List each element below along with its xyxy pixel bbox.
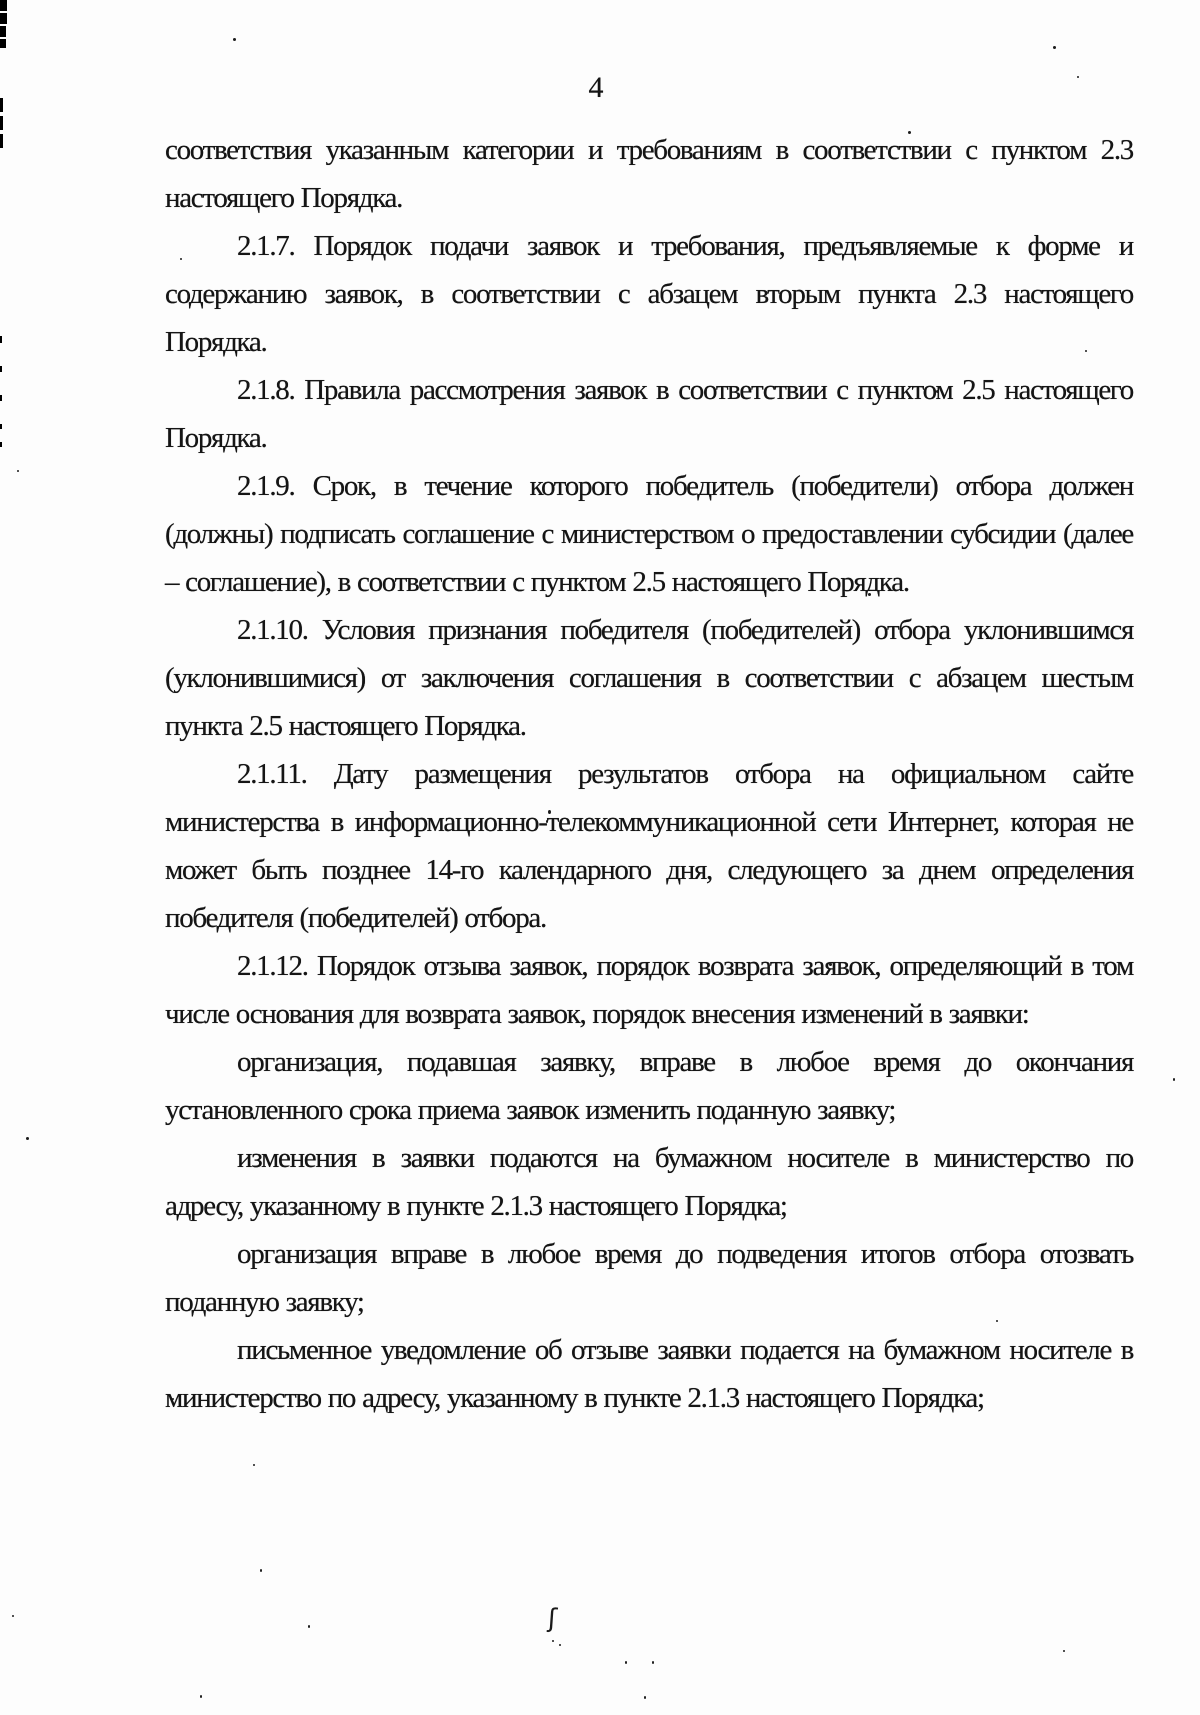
- scan-speck: [1085, 350, 1087, 352]
- page-number: 4: [0, 64, 1192, 112]
- scan-edge-mark: [0, 442, 2, 447]
- scan-speck: [308, 1625, 310, 1628]
- scan-speck: [233, 38, 236, 41]
- paragraph: письменное уведомление об отзыве заявки …: [165, 1326, 1133, 1422]
- paragraph: 2.1.8. Правила рассмотрения заявок в соо…: [165, 366, 1133, 462]
- scan-speck: [936, 390, 939, 393]
- scan-edge-mark: [0, 336, 2, 343]
- scan-edge-mark: [0, 395, 2, 401]
- scan-speck: [559, 1644, 561, 1646]
- scan-edge-mark: [0, 39, 6, 48]
- scan-speck: [26, 1137, 29, 1140]
- scan-speck: [1077, 76, 1079, 78]
- scan-speck: [17, 470, 19, 472]
- scan-speck: [253, 1464, 255, 1466]
- paragraph: 2.1.7. Порядок подачи заявок и требовани…: [165, 222, 1133, 366]
- scan-speck: [12, 1615, 14, 1617]
- paragraph: организация вправе в любое время до подв…: [165, 1230, 1133, 1326]
- paragraph: 2.1.10. Условия признания победителя (по…: [165, 606, 1133, 750]
- scan-speck: [625, 1661, 627, 1664]
- paragraph: соответствия указанным категории и требо…: [165, 126, 1133, 222]
- paragraph: 2.1.9. Срок, в течение которого победите…: [165, 462, 1133, 606]
- scan-speck: [180, 258, 182, 260]
- scan-edge-mark: [0, 98, 3, 112]
- scan-speck: [548, 810, 551, 814]
- document-body: соответствия указанным категории и требо…: [165, 126, 1133, 1422]
- scan-speck: [1053, 46, 1056, 49]
- scan-speck: [552, 1640, 554, 1642]
- scan-edge-mark: [0, 134, 3, 148]
- scan-speck: [652, 1661, 654, 1664]
- scan-edge-mark: [0, 0, 7, 11]
- scan-speck: [868, 593, 871, 596]
- scan-speck: [908, 131, 911, 134]
- paragraph: 2.1.11. Дату размещения результатов отбо…: [165, 750, 1133, 942]
- document-page: 4 соответствия указанным категории и тре…: [0, 0, 1200, 1715]
- scan-edge-mark: [0, 424, 2, 429]
- scan-speck: [200, 1695, 202, 1698]
- scan-edge-mark: [0, 26, 6, 37]
- scan-speck: [644, 1696, 646, 1699]
- scan-edge-mark: [0, 116, 3, 130]
- scan-speck: [260, 1569, 262, 1572]
- scan-speck: [829, 963, 832, 966]
- scan-speck: [172, 1398, 174, 1400]
- paragraph: 2.1.12. Порядок отзыва заявок, порядок в…: [165, 942, 1133, 1038]
- scan-edge-mark: [0, 366, 2, 372]
- paragraph: изменения в заявки подаются на бумажном …: [165, 1134, 1133, 1230]
- scan-speck: [1063, 1650, 1065, 1652]
- scan-squiggle-mark: ʃ: [547, 1604, 558, 1635]
- scan-edge-mark: [0, 13, 7, 24]
- paragraph: организация, подавшая заявку, вправе в л…: [165, 1038, 1133, 1134]
- scan-speck: [1173, 1078, 1175, 1081]
- scan-speck: [546, 820, 548, 823]
- scan-speck: [996, 1320, 998, 1322]
